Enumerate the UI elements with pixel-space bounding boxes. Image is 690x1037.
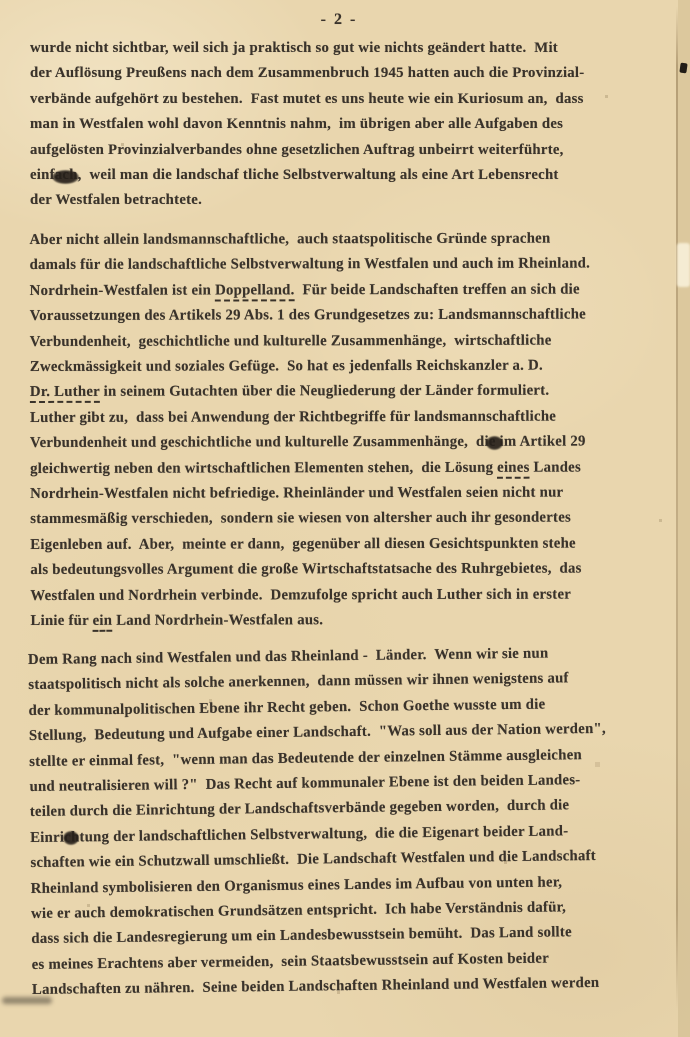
text-line: Verbundenheit und geschichtliche und kul… xyxy=(30,429,655,456)
text-line: Zweckmässigkeit und soziales Gefüge. So … xyxy=(30,353,655,380)
text-line: Eigenleben auf. Aber, meinte er dann, ge… xyxy=(30,531,655,558)
bottom-edge-smudge xyxy=(2,997,52,1004)
scanned-document-page: - 2 - wurde nicht sichtbar, weil sich ja… xyxy=(0,0,690,1037)
text-line: Nordrhein-Westfalen ist ein Doppelland. … xyxy=(30,277,655,304)
text-line: Aber nicht allein landsmannschaftliche, … xyxy=(29,226,654,253)
text-line: Westfalen und Nordrhein verbinde. Demzuf… xyxy=(30,582,655,609)
text-line: einfach, weil man die landschaf tliche S… xyxy=(30,163,654,188)
paper-specks xyxy=(0,0,1,1)
text-line: verbände aufgehört zu bestehen. Fast mut… xyxy=(30,87,654,112)
text-line: Dr. Luther in seinem Gutachten über die … xyxy=(30,379,655,406)
text-line: man in Westfalen wohl davon Kenntnis nah… xyxy=(30,112,654,137)
ink-blot xyxy=(52,170,79,184)
text-line: aufgelösten Provinzialverbandes ohne ges… xyxy=(30,138,654,163)
paragraph: Dem Rang nach sind Westfalen und das Rhe… xyxy=(28,641,657,1004)
text-line: Verbundenheit, geschichtliche und kultur… xyxy=(30,328,655,355)
text-line: gleichwertig neben den wirtschaftlichen … xyxy=(30,455,655,482)
text-line: der Auflösung Preußens nach dem Zusammen… xyxy=(30,61,654,86)
document-text: wurde nicht sichtbar, weil sich ja prakt… xyxy=(30,36,654,1018)
paragraph: wurde nicht sichtbar, weil sich ja prakt… xyxy=(30,36,654,214)
text-line: Luther gibt zu, dass bei Anwendung der R… xyxy=(30,404,655,431)
text-line: wurde nicht sichtbar, weil sich ja prakt… xyxy=(30,36,654,61)
text-line: Voraussetzungen des Artikels 29 Abs. 1 d… xyxy=(30,302,655,329)
ink-blot xyxy=(486,436,503,450)
text-line: stammesmäßig verschieden, sondern sie wi… xyxy=(30,506,655,533)
page-number: - 2 - xyxy=(0,11,678,29)
text-line: der Westfalen betrachtete. xyxy=(30,188,654,213)
text-line: als bedeutungsvolles Argument die große … xyxy=(30,556,655,583)
scan-artifact-mark xyxy=(679,63,687,74)
text-line: Nordrhein-Westfalen nicht befriedige. Rh… xyxy=(30,480,655,507)
page-edge-shade xyxy=(678,0,690,1037)
text-line: damals für die landschaftliche Selbstver… xyxy=(30,252,655,279)
text-line: Linie für ein Land Nordrhein-Westfalen a… xyxy=(30,607,655,634)
ink-blot xyxy=(63,831,79,845)
scan-light-patch xyxy=(677,243,690,287)
paragraph: Aber nicht allein landsmannschaftliche, … xyxy=(29,226,655,634)
